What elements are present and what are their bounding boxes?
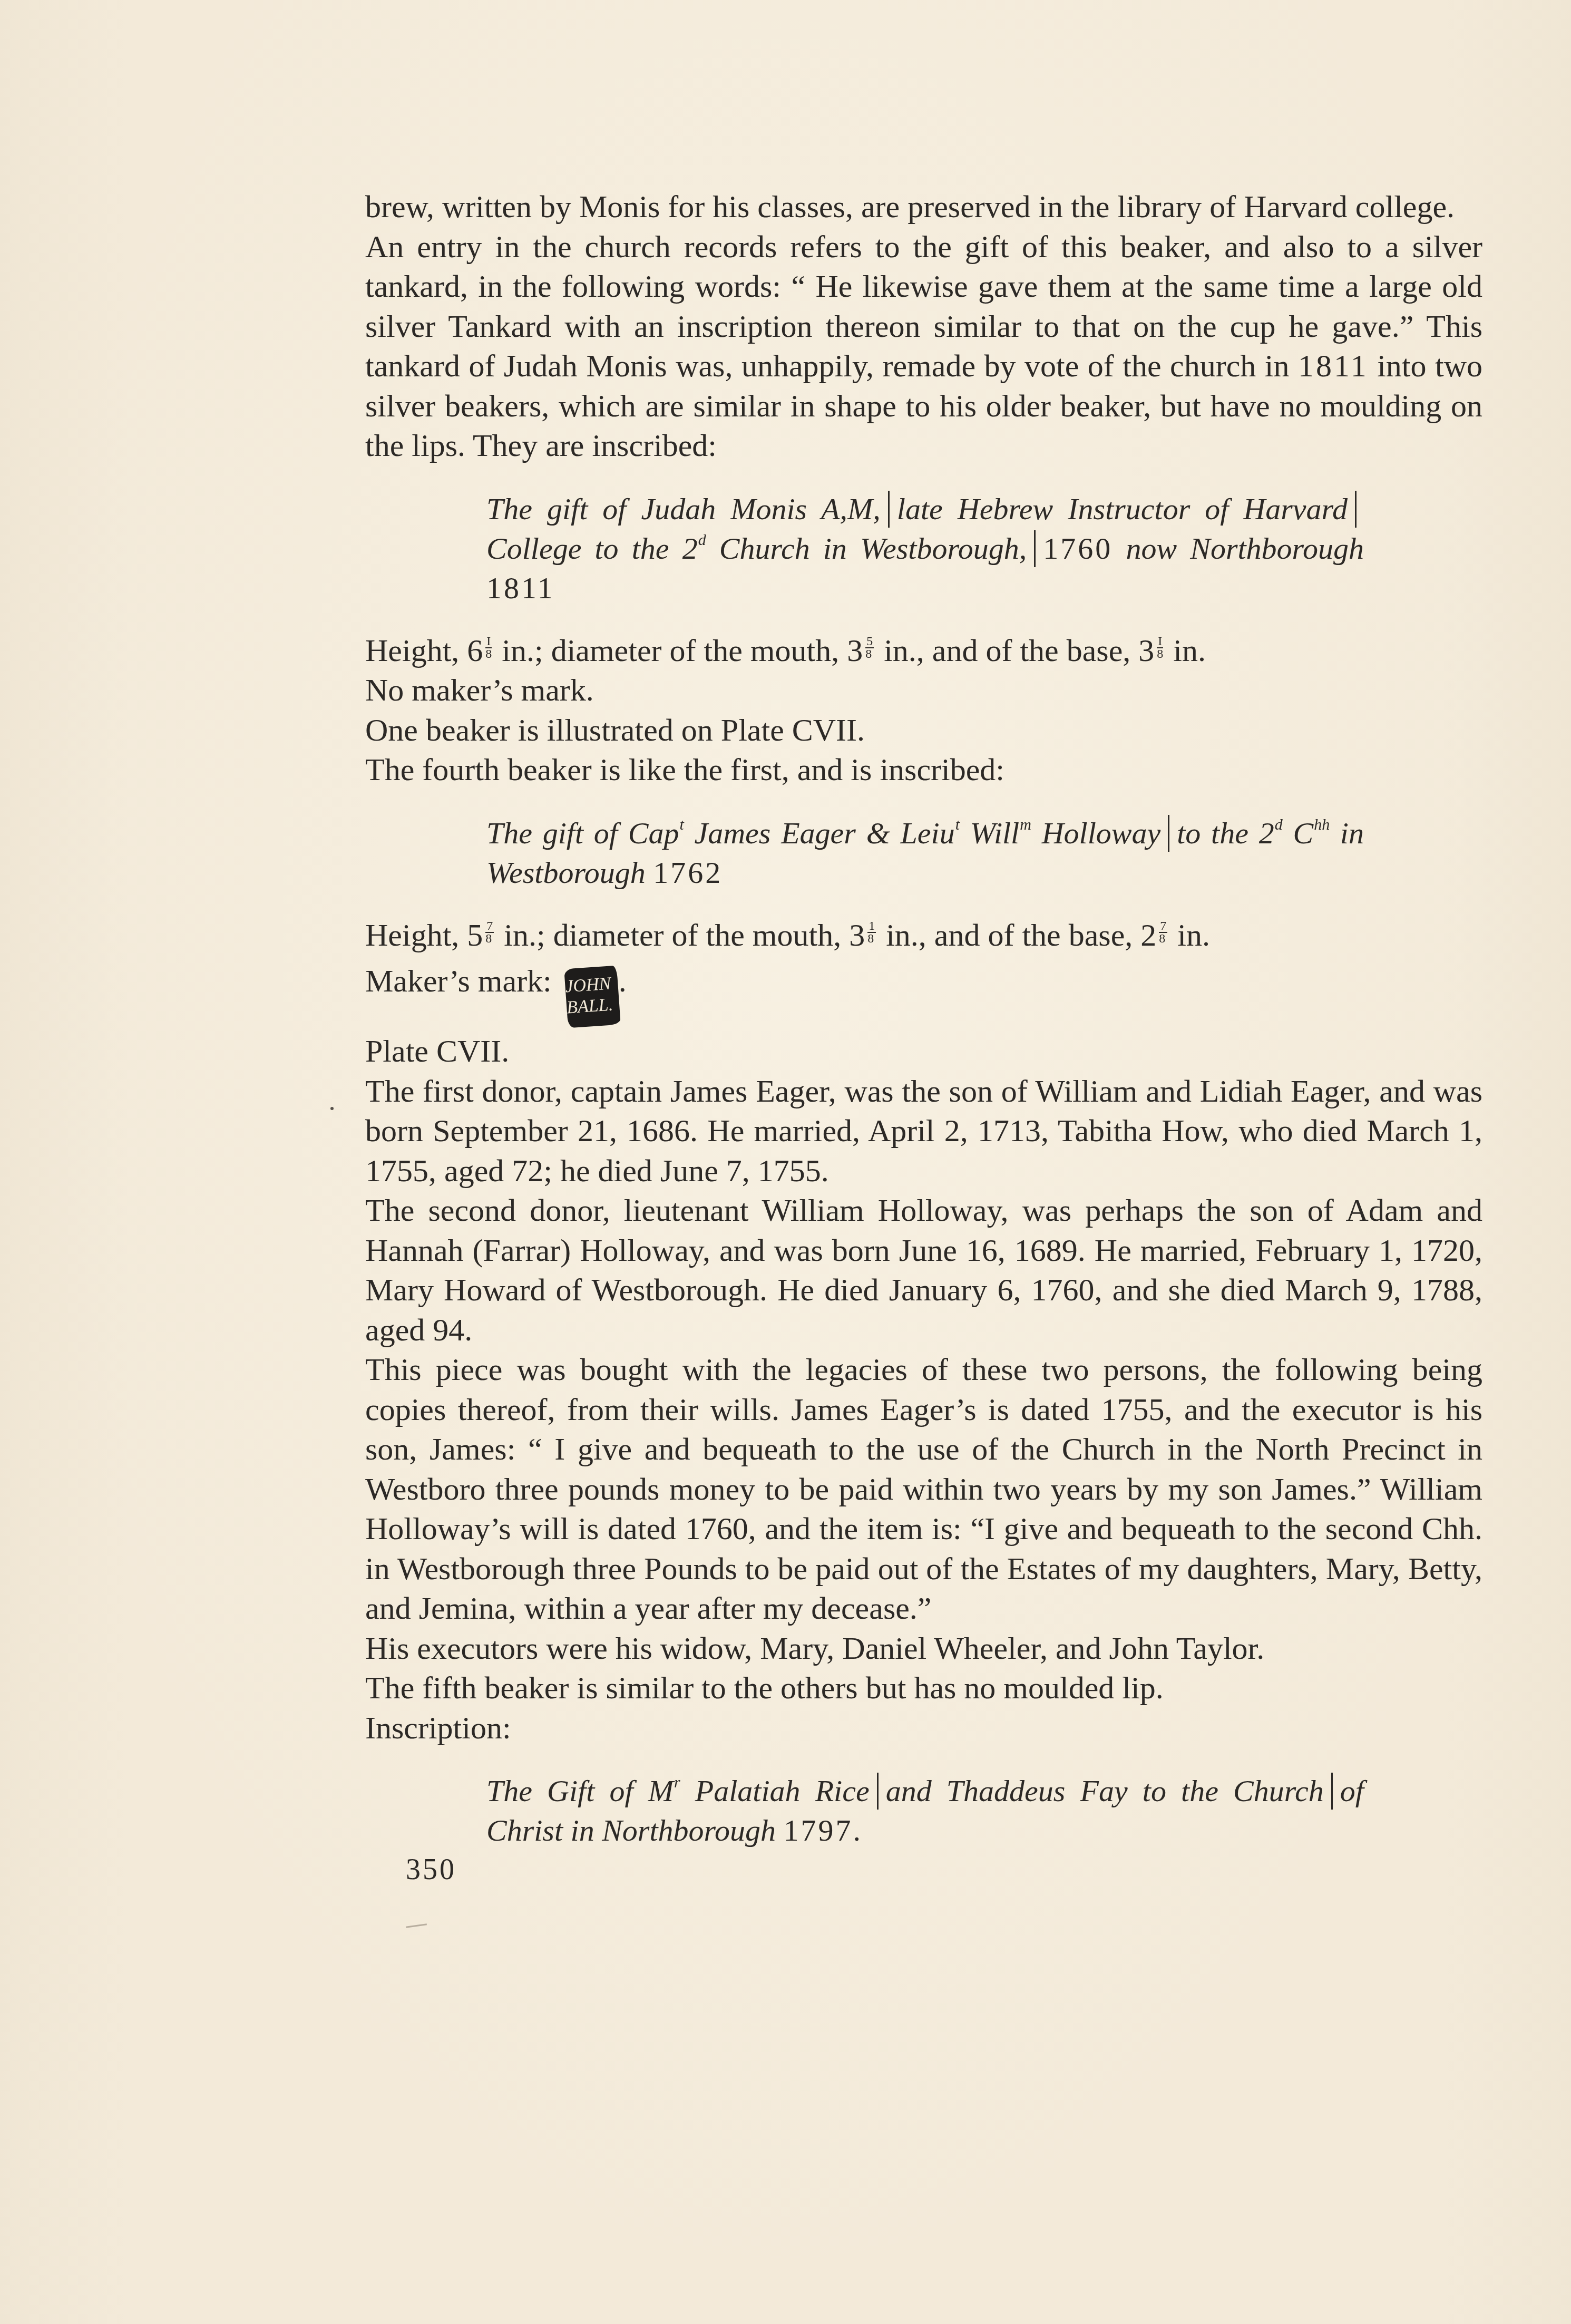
paragraph-monis-classes: brew, written by Monis for his classes, …	[365, 187, 1482, 227]
inscription-monis-beakers: The gift of Judah Monis A,M,late Hebrew …	[486, 489, 1364, 608]
line-divider	[888, 491, 890, 528]
line-divider	[1034, 530, 1036, 567]
inscription-fifth-beaker: The Gift of Mr Palatiah Riceand Thaddeus…	[486, 1771, 1364, 1850]
makers-mark-line: Maker’s mark: JOHNBALL..	[365, 961, 1482, 1026]
stray-ink-mark	[330, 1107, 334, 1110]
paragraph-executors: His executors were his widow, Mary, Dani…	[365, 1629, 1482, 1669]
line-divider	[1168, 815, 1169, 852]
fraction: 78	[1159, 920, 1167, 945]
measurements-monis-beakers: Height, 6I8 in.; diameter of the mouth, …	[365, 631, 1482, 671]
fraction: 58	[865, 636, 874, 660]
ampersand: &	[866, 816, 890, 850]
stray-ink-mark	[406, 1923, 427, 1928]
paragraph-legacies: This piece was bought with the legacies …	[365, 1350, 1482, 1629]
page-number: 350	[406, 1853, 456, 1887]
plate-reference: Plate CVII.	[365, 1032, 1482, 1072]
plate-illustration-note: One beaker is illustrated on Plate CVII.	[365, 711, 1482, 751]
paragraph-second-donor: The second donor, lieutenant William Hol…	[365, 1191, 1482, 1350]
measurements-fourth-beaker: Height, 578 in.; diameter of the mouth, …	[365, 916, 1482, 956]
paragraph-church-records: An entry in the church records refers to…	[365, 227, 1482, 466]
line-divider	[877, 1773, 879, 1810]
page-body: brew, written by Monis for his classes, …	[365, 187, 1482, 1873]
fourth-beaker-intro: The fourth beaker is like the first, and…	[365, 750, 1482, 790]
inscription-label: Inscription:	[365, 1708, 1482, 1748]
fraction: 78	[485, 920, 494, 945]
fraction: 18	[867, 920, 876, 945]
makers-mark-stamp-icon: JOHNBALL.	[564, 966, 621, 1028]
no-makers-mark-note: No maker’s mark.	[365, 670, 1482, 711]
inscription-fourth-beaker: The gift of Capt James Eager & Leiut Wil…	[486, 813, 1364, 892]
paragraph-first-donor: The first donor, captain James Eager, wa…	[365, 1072, 1482, 1191]
fraction: I8	[1157, 636, 1163, 660]
line-divider	[1331, 1773, 1333, 1810]
line-divider	[1355, 491, 1357, 528]
paragraph-fifth-beaker: The fifth beaker is similar to the other…	[365, 1668, 1482, 1708]
fraction: I8	[485, 636, 492, 660]
